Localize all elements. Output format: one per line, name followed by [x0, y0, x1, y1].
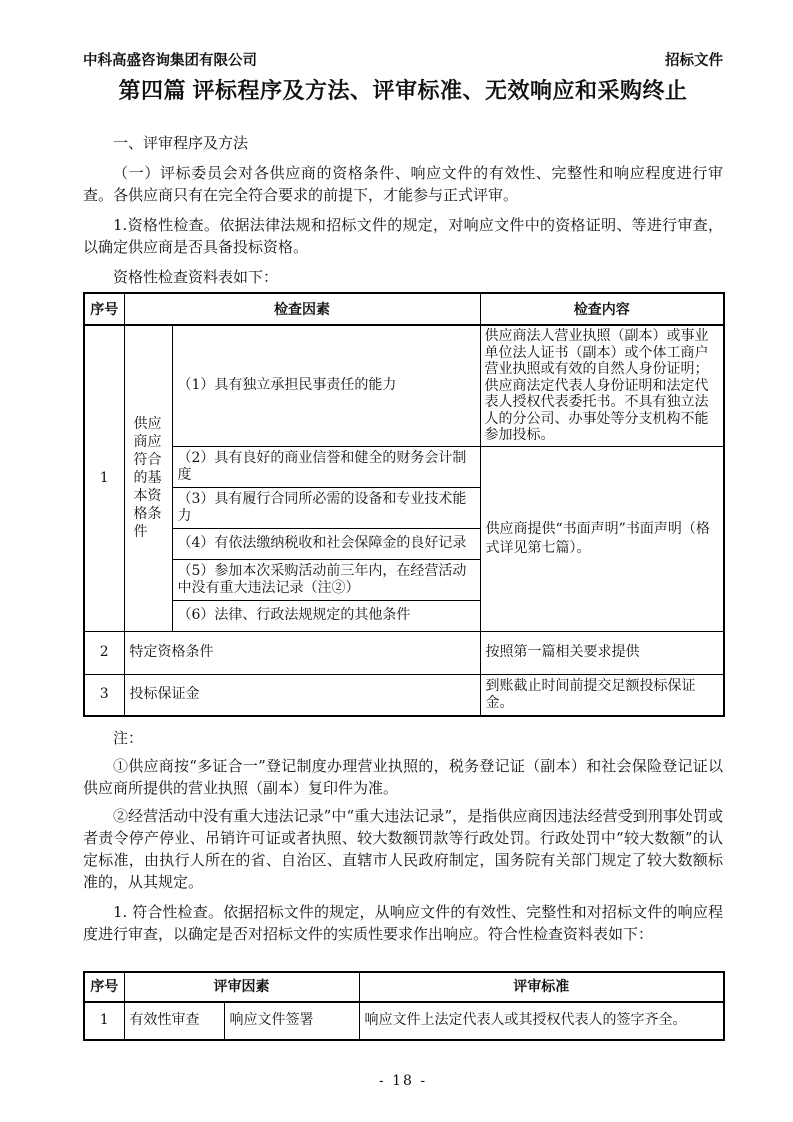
paragraph-qualification-check: 1.资格性检查。依据法律法规和招标文件的规定，对响应文件中的资格证明、等进行审查… — [83, 214, 723, 258]
header-cell-factor: 检查因素 — [124, 293, 480, 325]
conformity-check-table: 序号 评审因素 评审标准 1 有效性审查 响应文件签署 响应文件上法定代表人或其… — [83, 971, 725, 1041]
doc-type-label: 招标文件 — [665, 52, 723, 70]
factor-cell: 投标保证金 — [124, 674, 480, 716]
factor-cell: （2）具有良好的商业信誉和健全的财务会计制度 — [172, 446, 480, 487]
table-row: 2 特定资格条件 按照第一篇相关要求提供 — [84, 631, 724, 674]
section-heading: 一、评审程序及方法 — [83, 132, 723, 154]
factor-cell: （4）有依法缴纳税收和社会保障金的良好记录 — [172, 528, 480, 559]
factor-cell: （6）法律、行政法规规定的其他条件 — [172, 600, 480, 631]
content-cell: 按照第一篇相关要求提供 — [480, 631, 724, 674]
header-cell-factor: 评审因素 — [124, 972, 359, 1002]
header-cell-content: 检查内容 — [480, 293, 724, 325]
header-cell-standard: 评审标准 — [359, 972, 724, 1002]
paragraph-conformity-check: 1. 符合性检查。依据招标文件的规定，从响应文件的有效性、完整性和对招标文件的响… — [83, 901, 723, 945]
table-row: 1 供应商应符合的基本资格条件 （1）具有独立承担民事责任的能力 供应商法人营业… — [84, 325, 724, 446]
document-header: 中科高盛咨询集团有限公司 招标文件 — [83, 52, 723, 70]
content-cell: 到账截止时间前提交足额投标保证金。 — [480, 674, 724, 716]
page-number: - 18 - — [83, 1073, 723, 1089]
document-page: 中科高盛咨询集团有限公司 招标文件 第四篇 评标程序及方法、评审标准、无效响应和… — [0, 0, 793, 1122]
note-item-2: ②经营活动中没有重大违法记录”中“重大违法记录”，是指供应商因违法经营受到刑事处… — [83, 805, 723, 893]
header-cell-no: 序号 — [84, 972, 124, 1002]
content-cell: 供应商提供“书面声明”书面声明（格式详见第七篇）。 — [480, 446, 724, 631]
factor-cell: （5）参加本次采购活动前三年内，在经营活动中没有重大违法记录（注②） — [172, 559, 480, 600]
content-cell: 供应商法人营业执照（副本）或事业单位法人证书（副本）或个体工商户营业执照或有效的… — [480, 325, 724, 446]
item-cell: 响应文件签署 — [224, 1002, 359, 1040]
table-row: 1 有效性审查 响应文件签署 响应文件上法定代表人或其授权代表人的签字齐全。 — [84, 1002, 724, 1040]
page-title: 第四篇 评标程序及方法、评审标准、无效响应和采购终止 — [83, 76, 723, 106]
paragraph-table-lead-in: 资格性检查资料表如下： — [83, 266, 723, 288]
factor-cell: 特定资格条件 — [124, 631, 480, 674]
category-cell: 有效性审查 — [124, 1002, 224, 1040]
table-header-row: 序号 检查因素 检查内容 — [84, 293, 724, 325]
standard-cell: 响应文件上法定代表人或其授权代表人的签字齐全。 — [359, 1002, 724, 1040]
paragraph-review-intro: （一）评标委员会对各供应商的资格条件、响应文件的有效性、完整性和响应程度进行审查… — [83, 162, 723, 206]
row-number: 1 — [84, 325, 124, 631]
row-number: 1 — [84, 1002, 124, 1040]
table-header-row: 序号 评审因素 评审标准 — [84, 972, 724, 1002]
table-row: 3 投标保证金 到账截止时间前提交足额投标保证金。 — [84, 674, 724, 716]
factor-cell: （3）具有履行合同所必需的设备和专业技术能力 — [172, 487, 480, 528]
row-number: 3 — [84, 674, 124, 716]
group-label: 供应商应符合的基本资格条件 — [124, 325, 172, 631]
factor-cell: （1）具有独立承担民事责任的能力 — [172, 325, 480, 446]
notes-label: 注： — [83, 727, 723, 749]
company-name: 中科高盛咨询集团有限公司 — [83, 52, 257, 70]
qualification-check-table: 序号 检查因素 检查内容 1 供应商应符合的基本资格条件 （1）具有独立承担民事… — [83, 292, 725, 717]
header-cell-no: 序号 — [84, 293, 124, 325]
note-item-1: ①供应商按“多证合一”登记制度办理营业执照的，税务登记证（副本）和社会保险登记证… — [83, 755, 723, 799]
row-number: 2 — [84, 631, 124, 674]
table-row: （2）具有良好的商业信誉和健全的财务会计制度 供应商提供“书面声明”书面声明（格… — [84, 446, 724, 487]
notes-section: 注： ①供应商按“多证合一”登记制度办理营业执照的，税务登记证（副本）和社会保险… — [83, 727, 723, 893]
